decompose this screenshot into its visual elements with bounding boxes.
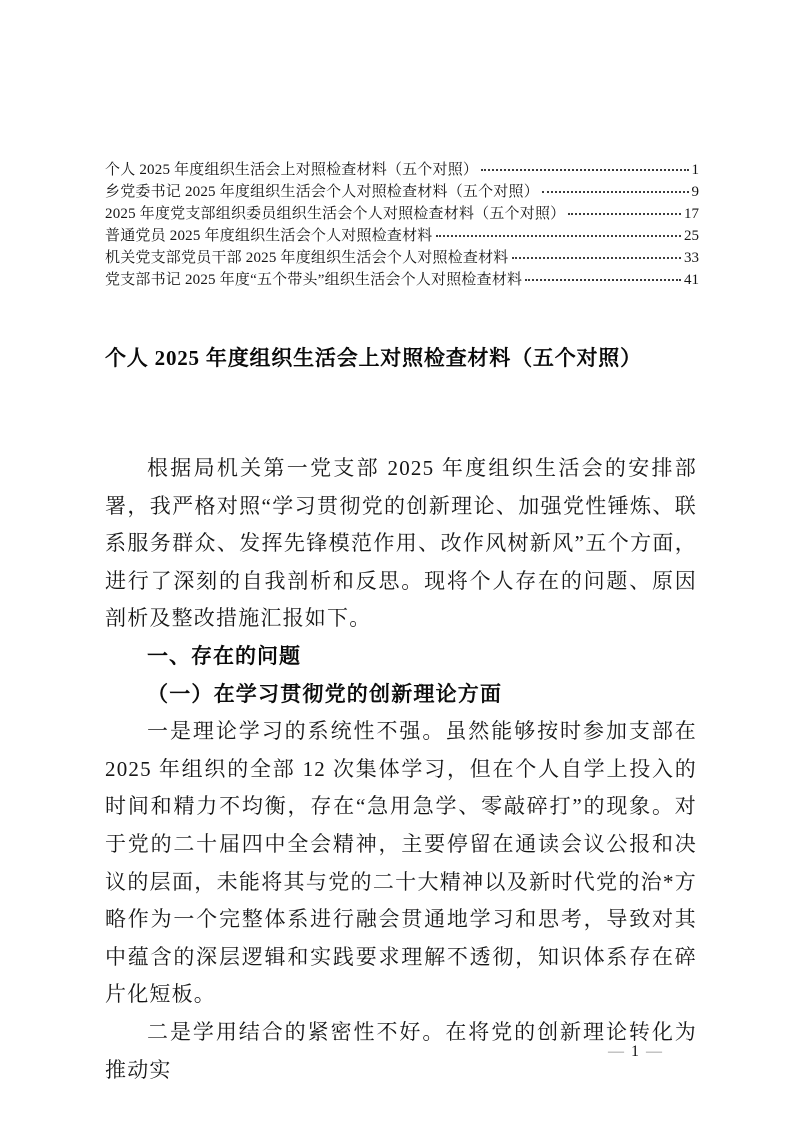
toc-entry-title: 机关党支部党员干部 2025 年度组织生活会个人对照检查材料 xyxy=(105,247,509,269)
toc-entry-3[interactable]: 2025 年度党支部组织委员组织生活会个人对照检查材料（五个对照） 17 xyxy=(105,203,699,225)
toc-page-number: 17 xyxy=(684,203,699,225)
toc-entry-title: 个人 2025 年度组织生活会上对照检查材料（五个对照） xyxy=(105,159,478,181)
document-page: 个人 2025 年度组织生活会上对照检查材料（五个对照） 1 乡党委书记 202… xyxy=(0,0,793,1122)
intro-paragraph: 根据局机关第一党支部 2025 年度组织生活会的安排部署，我严格对照“学习贯彻党… xyxy=(105,450,697,638)
toc-entry-title: 乡党委书记 2025 年度组织生活会个人对照检查材料（五个对照） xyxy=(105,181,539,203)
section-1-heading: 一、存在的问题 xyxy=(105,638,697,676)
toc-entry-title: 2025 年度党支部组织委员组织生活会个人对照检查材料（五个对照） xyxy=(105,203,565,225)
footer-page-number: 1 xyxy=(631,1043,639,1060)
toc-entry-1[interactable]: 个人 2025 年度组织生活会上对照检查材料（五个对照） 1 xyxy=(105,159,699,181)
toc-entry-title: 普通党员 2025 年度组织生活会个人对照检查材料 xyxy=(105,225,433,247)
toc-entry-2[interactable]: 乡党委书记 2025 年度组织生活会个人对照检查材料（五个对照） 9 xyxy=(105,181,699,203)
problem-paragraph-1: 一是理论学习的系统性不强。虽然能够按时参加支部在 2025 年组织的全部 12 … xyxy=(105,713,697,1014)
toc-entry-title: 党支部书记 2025 年度“五个带头”组织生活会个人对照检查材料 xyxy=(105,269,522,291)
toc-entry-6[interactable]: 党支部书记 2025 年度“五个带头”组织生活会个人对照检查材料 41 xyxy=(105,269,699,291)
document-title: 个人 2025 年度组织生活会上对照检查材料（五个对照） xyxy=(105,343,699,373)
table-of-contents: 个人 2025 年度组织生活会上对照检查材料（五个对照） 1 乡党委书记 202… xyxy=(105,159,699,291)
toc-page-number: 1 xyxy=(692,159,700,181)
footer-dash-right: — xyxy=(639,1043,669,1060)
document-body: 根据局机关第一党支部 2025 年度组织生活会的安排部署，我严格对照“学习贯彻党… xyxy=(105,450,697,1089)
toc-entry-4[interactable]: 普通党员 2025 年度组织生活会个人对照检查材料 25 xyxy=(105,225,699,247)
page-footer: —1— xyxy=(601,1041,669,1063)
toc-page-number: 33 xyxy=(684,247,699,269)
toc-page-number: 41 xyxy=(684,269,699,291)
subsection-1-heading: （一）在学习贯彻党的创新理论方面 xyxy=(105,676,697,714)
toc-page-number: 9 xyxy=(692,181,700,203)
toc-entry-5[interactable]: 机关党支部党员干部 2025 年度组织生活会个人对照检查材料 33 xyxy=(105,247,699,269)
footer-dash-left: — xyxy=(601,1043,631,1060)
toc-page-number: 25 xyxy=(684,225,699,247)
